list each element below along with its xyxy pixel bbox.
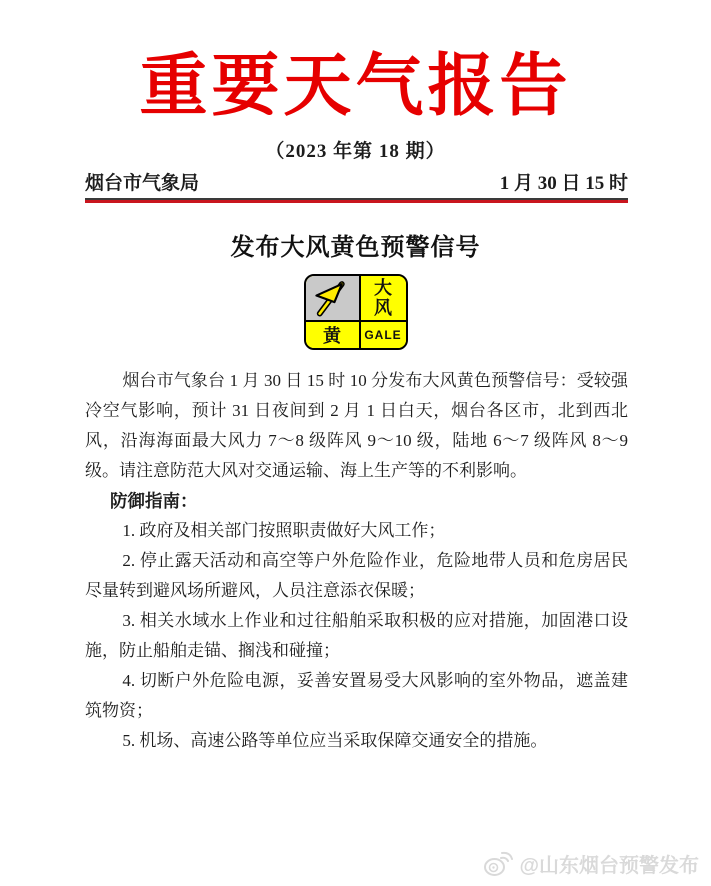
report-title: 重要天气报告 <box>0 0 711 126</box>
report-header-row: 烟台市气象局 1 月 30 日 15 时 <box>85 168 628 195</box>
warning-paragraph: 烟台市气象台 1 月 30 日 15 时 10 分发布大风黄色预警信号：受较强冷… <box>85 366 628 486</box>
guide-item-3: 3. 相关水域水上作业和过往船舶采取积极的应对措施，加固港口设施，防止船舶走锚、… <box>85 606 628 666</box>
weather-report-document: 重要天气报告 （2023 年第 18 期） 烟台市气象局 1 月 30 日 15… <box>0 0 711 886</box>
watermark-text: @山东烟台预警发布 <box>519 849 699 878</box>
report-body: 烟台市气象台 1 月 30 日 15 时 10 分发布大风黄色预警信号：受较强冷… <box>85 366 628 756</box>
weibo-icon <box>483 850 513 877</box>
header-divider <box>85 198 628 203</box>
sign-code-label: GALE <box>364 328 401 342</box>
sign-type-char-1: 大 <box>374 278 392 298</box>
wind-flag-icon <box>309 277 355 319</box>
guide-item-4: 4. 切断户外危险电源，妥善安置易受大风影响的室外物品，遮盖建筑物资； <box>85 666 628 726</box>
sign-level-label: 黄 <box>323 322 341 348</box>
guide-item-2: 2. 停止露天活动和高空等户外危险作业，危险地带人员和危房居民尽量转到避风场所避… <box>85 546 628 606</box>
guide-title: 防御指南： <box>85 486 628 516</box>
guide-item-1: 1. 政府及相关部门按照职责做好大风工作； <box>85 516 628 546</box>
issue-number: （2023 年第 18 期） <box>0 136 711 163</box>
wind-flag-cell <box>306 276 361 322</box>
sign-type-char-2: 风 <box>374 298 392 318</box>
sign-code-cell: GALE <box>361 322 406 348</box>
watermark: @山东烟台预警发布 <box>483 849 699 878</box>
report-datetime: 1 月 30 日 15 时 <box>500 168 628 195</box>
sign-type-cell: 大 风 <box>361 276 406 322</box>
warning-heading: 发布大风黄色预警信号 <box>0 227 711 262</box>
divider-red-line <box>85 200 628 203</box>
gale-yellow-warning-sign: 大 风 黄 GALE <box>304 274 408 350</box>
guide-item-5: 5. 机场、高速公路等单位应当采取保障交通安全的措施。 <box>85 726 628 756</box>
sign-level-cell: 黄 <box>306 322 361 348</box>
agency-name: 烟台市气象局 <box>85 168 199 195</box>
